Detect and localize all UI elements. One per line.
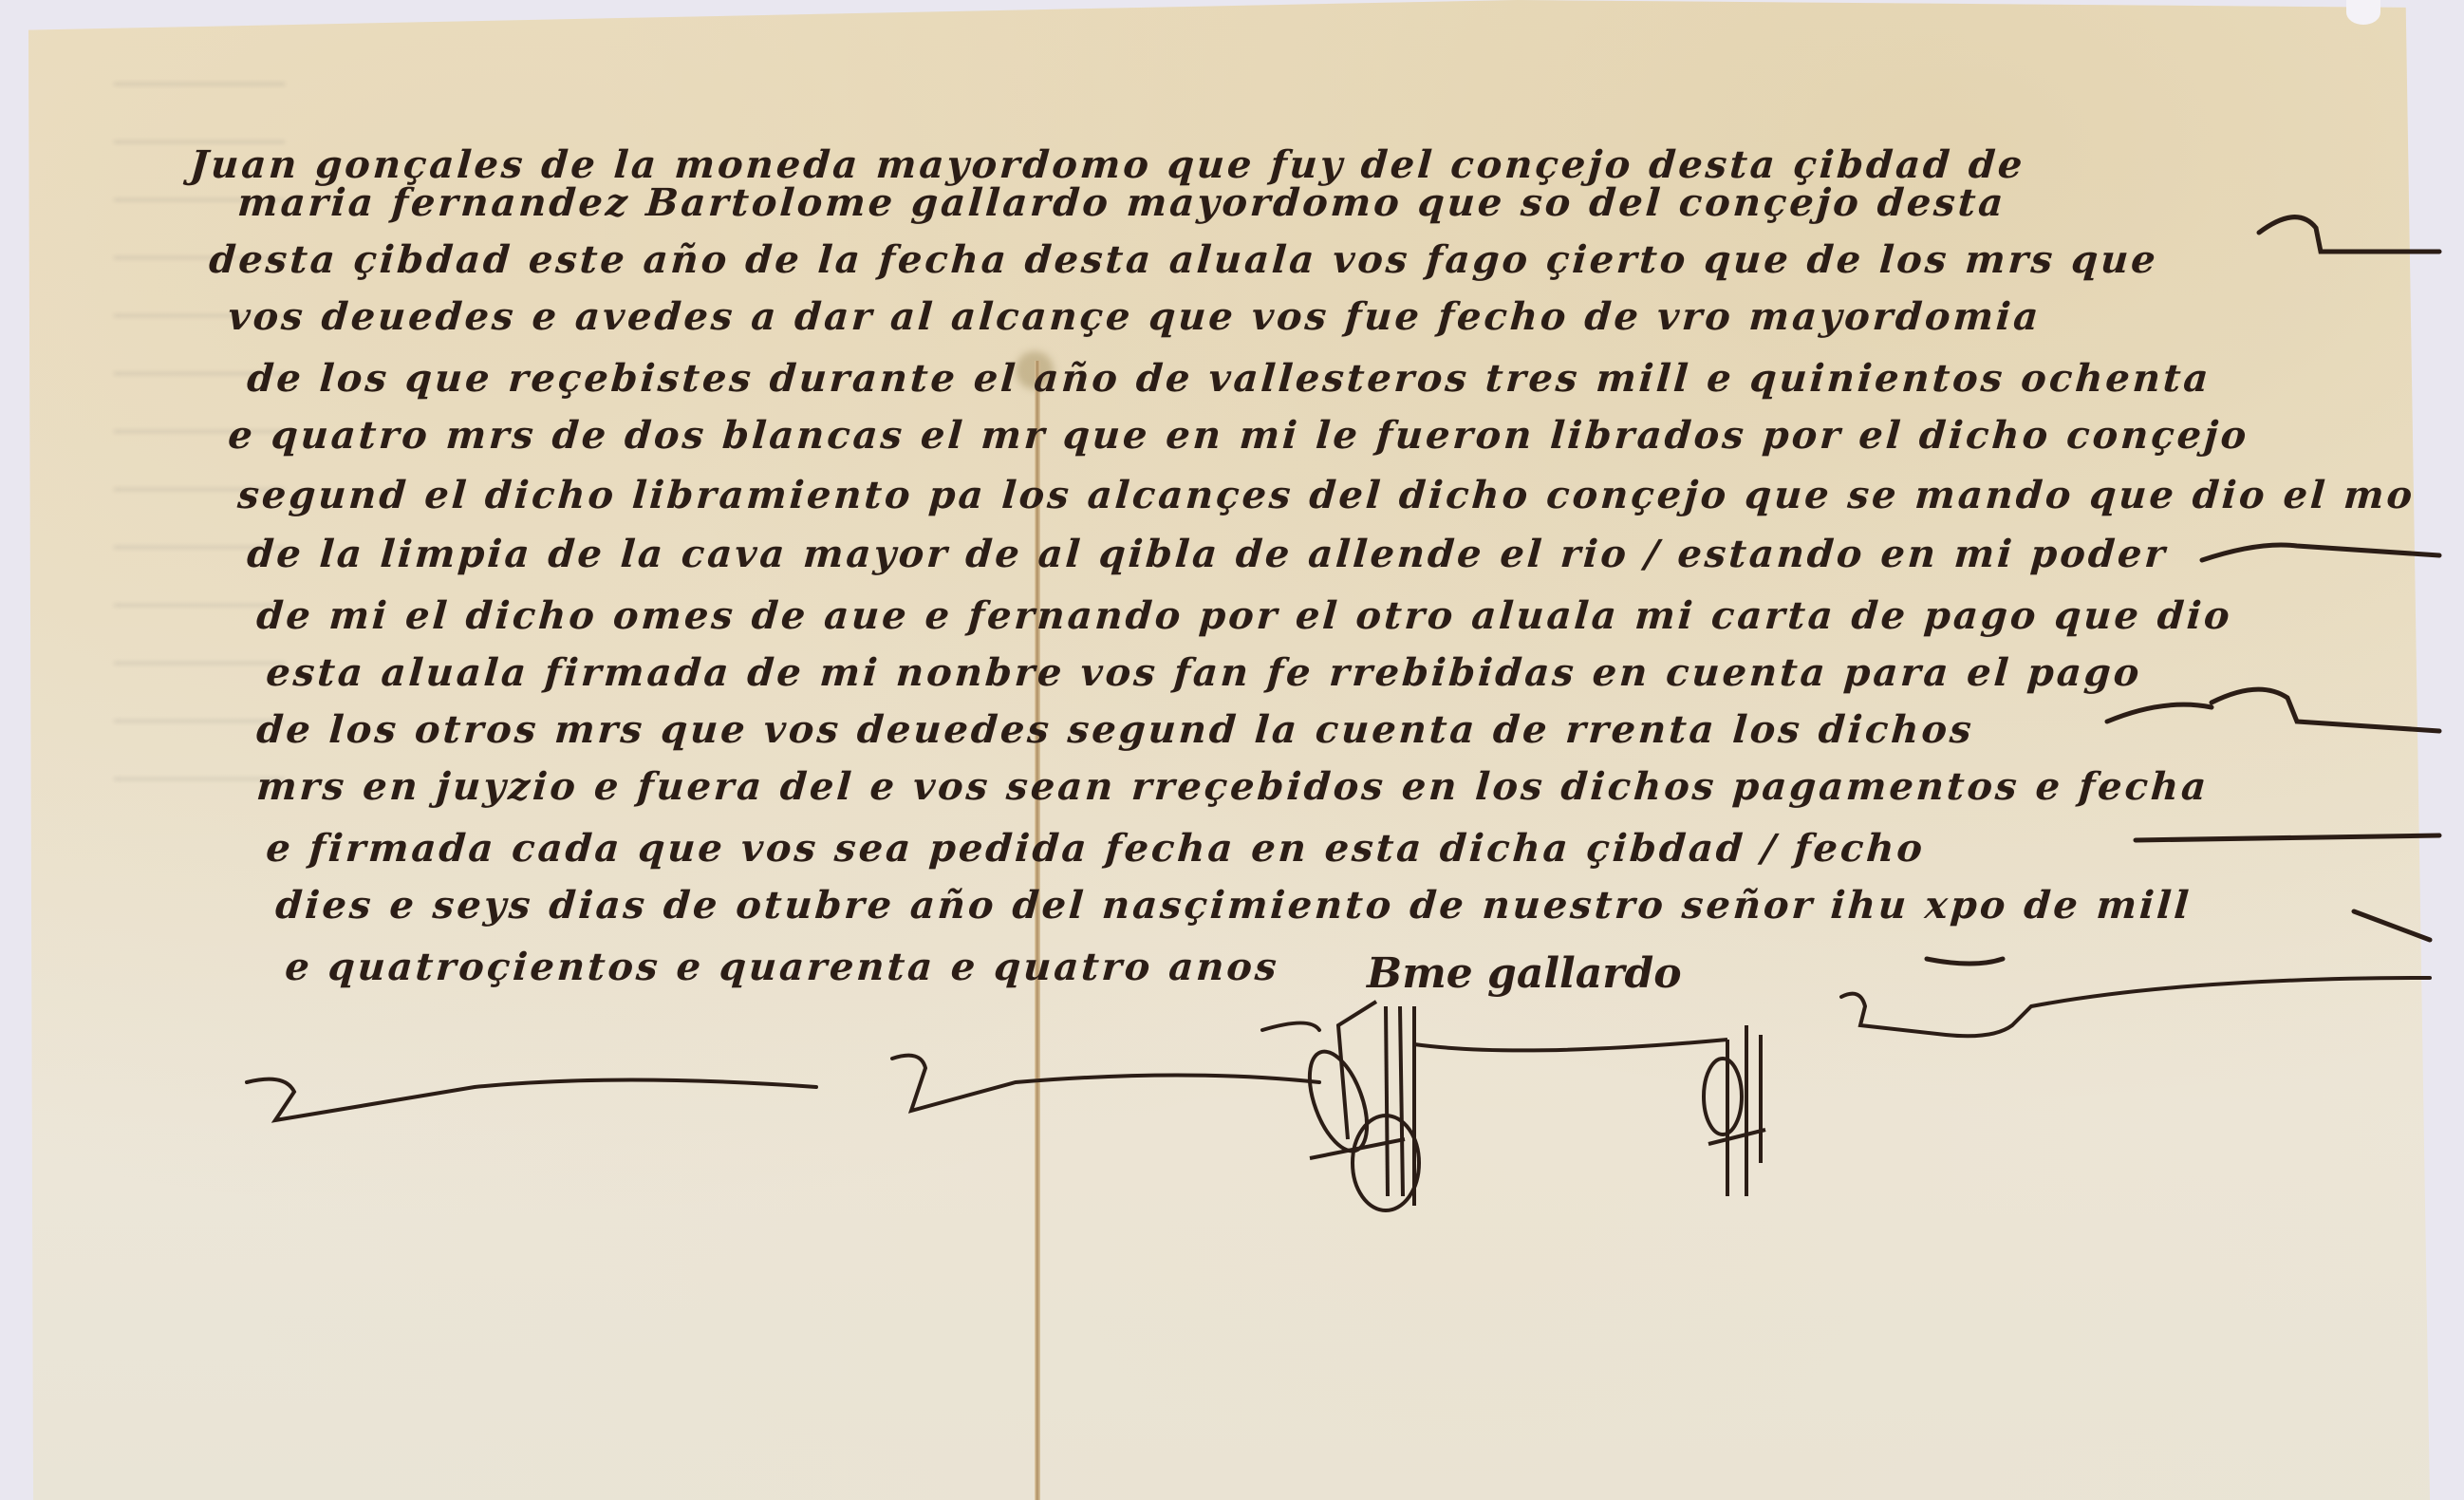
line-end-flourishes [1927, 217, 2439, 964]
closing-flourish [247, 978, 2430, 1120]
flourishes-and-rubrics [0, 0, 2464, 1500]
rubric-left-icon [1298, 1002, 1765, 1210]
